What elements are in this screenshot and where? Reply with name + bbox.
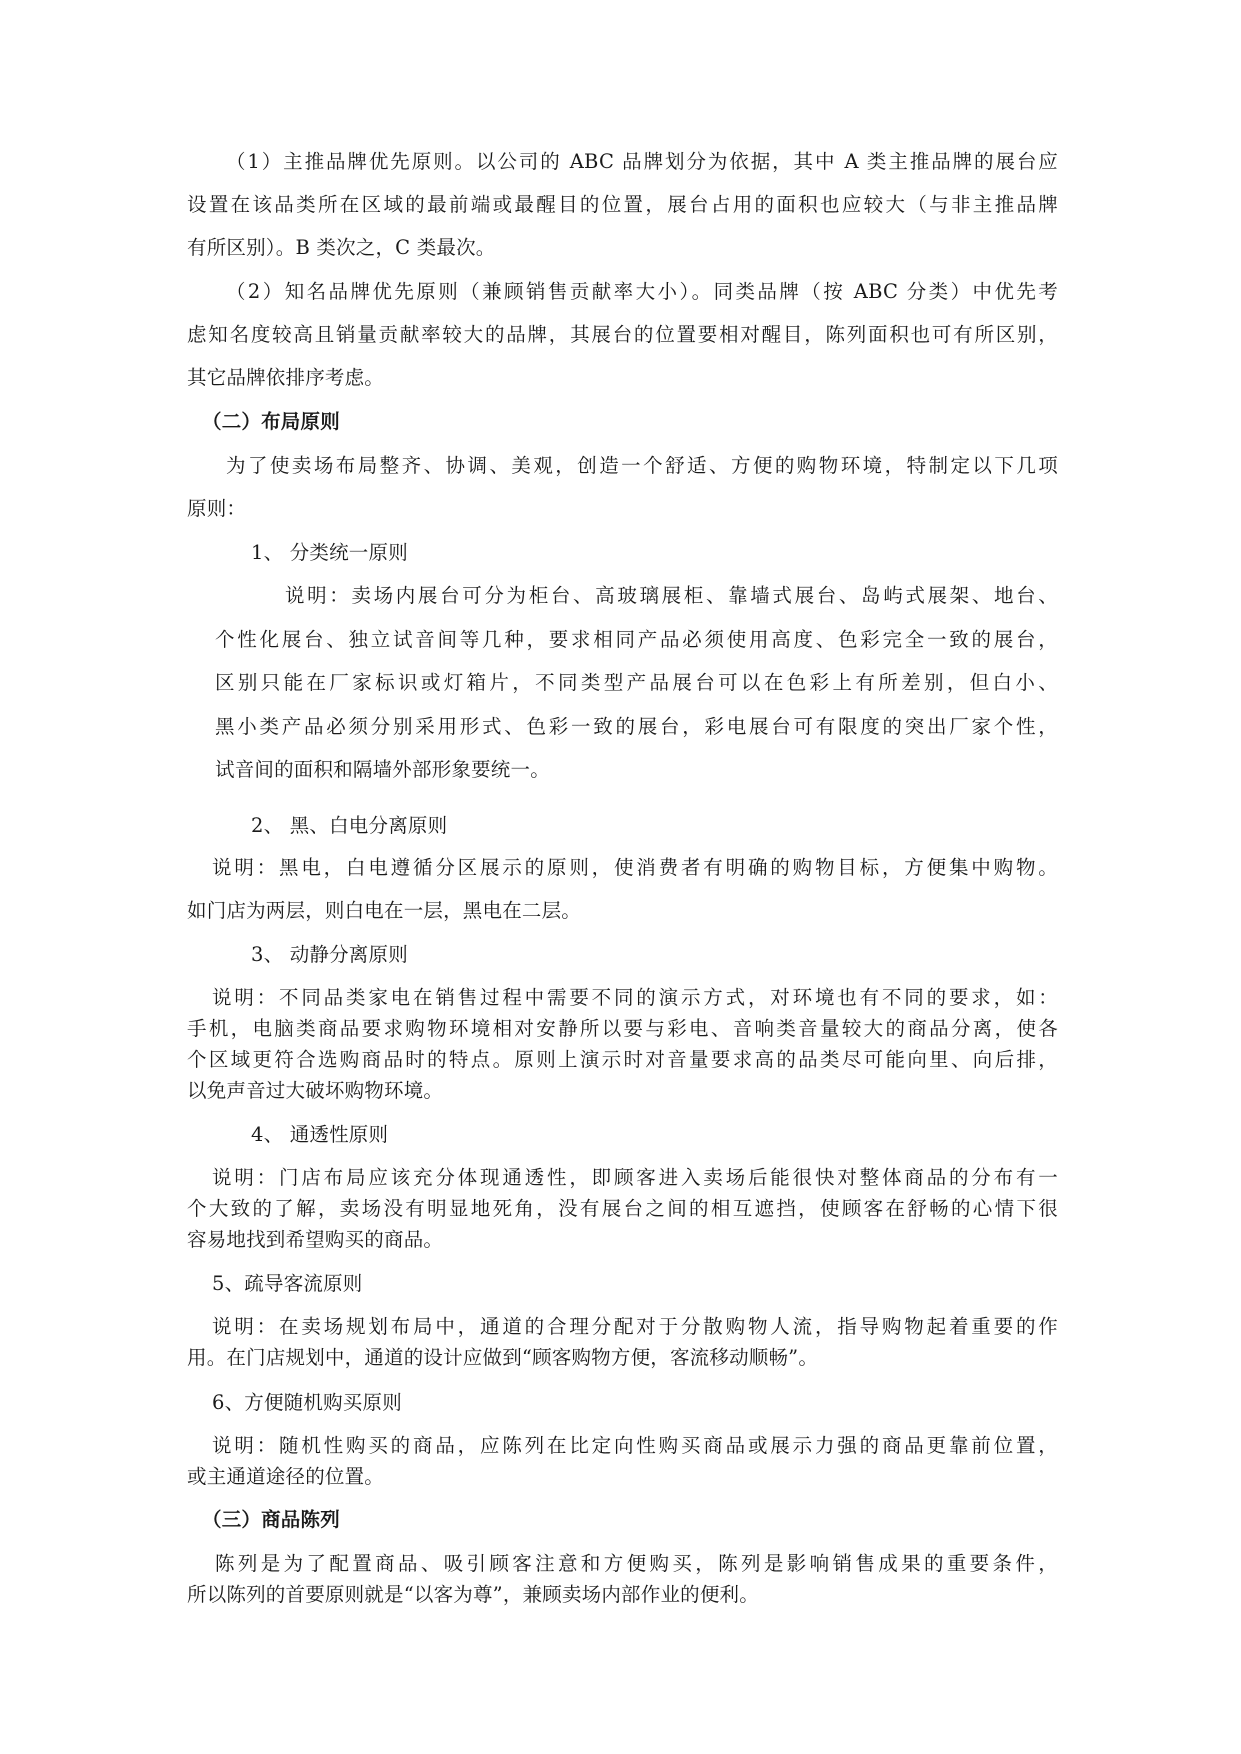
paragraph-line: 说明：黑电，白电遵循分区展示的原则，使消费者有明确的购物目标，方便集中购物。 bbox=[212, 856, 1058, 880]
paragraph-line: 黑小类产品必须分别采用形式、色彩一致的展台，彩电展台可有限度的突出厂家个性， bbox=[215, 715, 1058, 739]
paragraph-line: 个大致的了解，卖场没有明显地死角，没有展台之间的相互遮挡，使顾客在舒畅的心情下很 bbox=[187, 1197, 1058, 1221]
paragraph-line: 个性化展台、独立试音间等几种，要求相同产品必须使用高度、色彩完全一致的展台， bbox=[215, 628, 1058, 652]
paragraph-line: 有所区别）。B 类次之，C 类最次。 bbox=[187, 236, 496, 260]
paragraph-line: 原则： bbox=[187, 497, 246, 521]
paragraph-line: 说明：卖场内展台可分为柜台、高玻璃展柜、靠墙式展台、岛屿式展架、地台、 bbox=[285, 584, 1058, 608]
paragraph-line: （2）知名品牌优先原则（兼顾销售贡献率大小）。同类品牌（按 ABC 分类）中优先… bbox=[226, 280, 1058, 304]
subsection-heading: 5、疏导客流原则 bbox=[212, 1272, 363, 1296]
subsection-heading: 2、 黑、白电分离原则 bbox=[251, 814, 447, 838]
paragraph-line: 虑知名度较高且销量贡献率较大的品牌，其展台的位置要相对醒目，陈列面积也可有所区别… bbox=[187, 323, 1058, 347]
paragraph-line: 用。在门店规划中，通道的设计应做到“顾客购物方便，客流移动顺畅”。 bbox=[187, 1346, 818, 1370]
paragraph-line: 说明：不同品类家电在销售过程中需要不同的演示方式，对环境也有不同的要求，如： bbox=[212, 986, 1058, 1010]
paragraph-line: 说明：在卖场规划布局中，通道的合理分配对于分散购物人流，指导购物起着重要的作 bbox=[212, 1315, 1058, 1339]
subsection-heading: 4、 通透性原则 bbox=[251, 1123, 388, 1147]
paragraph-line: 如门店为两层，则白电在一层，黑电在二层。 bbox=[187, 899, 581, 923]
paragraph-line: 其它品牌依排序考虑。 bbox=[187, 366, 384, 390]
paragraph-line: 说明：随机性购买的商品，应陈列在比定向性购买商品或展示力强的商品更靠前位置， bbox=[212, 1434, 1058, 1458]
subsection-heading: 3、 动静分离原则 bbox=[251, 943, 408, 967]
paragraph-line: 说明：门店布局应该充分体现通透性，即顾客进入卖场后能很快对整体商品的分布有一 bbox=[212, 1166, 1058, 1190]
section-heading: （三）商品陈列 bbox=[202, 1508, 340, 1532]
paragraph-line: 为了使卖场布局整齐、协调、美观，创造一个舒适、方便的购物环境，特制定以下几项 bbox=[226, 454, 1058, 478]
paragraph-line: 设置在该品类所在区域的最前端或最醒目的位置，展台占用的面积也应较大（与非主推品牌 bbox=[187, 193, 1058, 217]
paragraph-line: 或主通道途径的位置。 bbox=[187, 1465, 384, 1489]
paragraph-line: 试音间的面积和隔墙外部形象要统一。 bbox=[215, 758, 550, 782]
paragraph-line: 区别只能在厂家标识或灯箱片，不同类型产品展台可以在色彩上有所差别，但白小、 bbox=[215, 671, 1058, 695]
section-heading: （二）布局原则 bbox=[202, 410, 340, 434]
subsection-heading: 1、 分类统一原则 bbox=[251, 541, 408, 565]
paragraph-line: （1）主推品牌优先原则。以公司的 ABC 品牌划分为依据，其中 A 类主推品牌的… bbox=[226, 150, 1058, 174]
paragraph-line: 容易地找到希望购买的商品。 bbox=[187, 1228, 443, 1252]
document-page: （1）主推品牌优先原则。以公司的 ABC 品牌划分为依据，其中 A 类主推品牌的… bbox=[0, 0, 1241, 1754]
paragraph-line: 所以陈列的首要原则就是“以客为尊”，兼顾卖场内部作业的便利。 bbox=[187, 1583, 759, 1607]
paragraph-line: 个区域更符合选购商品时的特点。原则上演示时对音量要求高的品类尽可能向里、向后排， bbox=[187, 1048, 1058, 1072]
subsection-heading: 6、方便随机购买原则 bbox=[212, 1391, 402, 1415]
paragraph-line: 陈列是为了配置商品、吸引顾客注意和方便购买，陈列是影响销售成果的重要条件， bbox=[215, 1552, 1058, 1576]
paragraph-line: 以免声音过大破坏购物环境。 bbox=[187, 1079, 443, 1103]
paragraph-line: 手机，电脑类商品要求购物环境相对安静所以要与彩电、音响类音量较大的商品分离，使各 bbox=[187, 1017, 1058, 1041]
